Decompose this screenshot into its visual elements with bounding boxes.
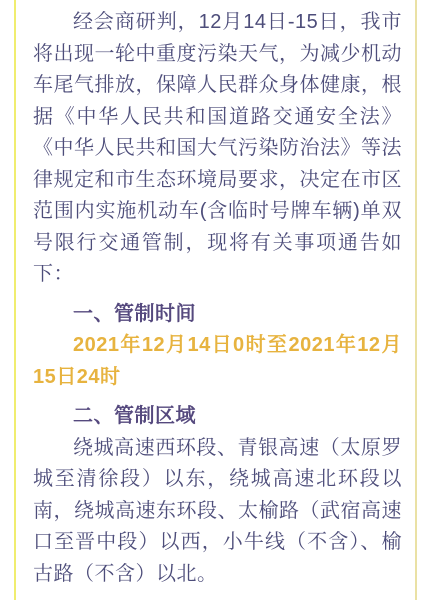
right-vertical-rule (415, 0, 417, 600)
notice-page: 经会商研判，12月14日-15日，我市将出现一轮中重度污染天气，为减少机动车尾气… (0, 0, 438, 600)
intro-paragraph: 经会商研判，12月14日-15日，我市将出现一轮中重度污染天气，为减少机动车尾气… (33, 7, 402, 291)
section-control-time-heading: 一、管制时间 (33, 299, 402, 331)
notice-body: 经会商研判，12月14日-15日，我市将出现一轮中重度污染天气，为减少机动车尾气… (33, 7, 402, 590)
section-control-area-heading: 二、管制区域 (33, 401, 402, 433)
left-vertical-rule (14, 0, 16, 600)
control-period-text: 2021年12月14日0时至2021年12月15日24时 (33, 330, 402, 393)
control-area-paragraph: 绕城高速西环段、青银高速（太原罗城至清徐段）以东，绕城高速北环段以南，绕城高速东… (33, 433, 402, 591)
